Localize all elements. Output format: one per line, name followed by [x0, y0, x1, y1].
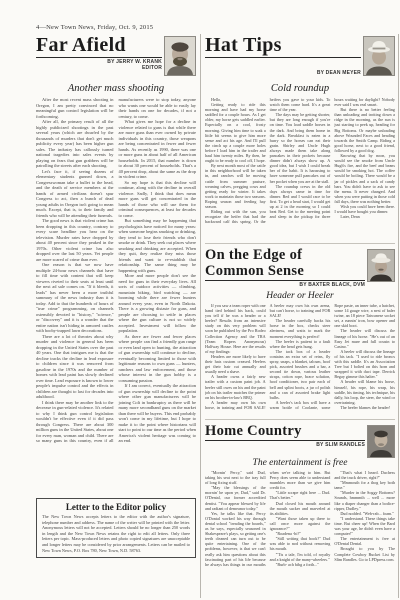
article-paragraph: If you saw a team roper with one hand ti…: [205, 303, 266, 354]
home-country-section: Home Country BY SLIM RANDLES The enterta…: [205, 419, 395, 598]
article-paragraph: The header carefully backs his horse in …: [270, 318, 331, 338]
article-paragraph: The entertainment is free at O'Dental De…: [334, 536, 395, 546]
article-paragraph: If I am correct, eventually the attracti…: [119, 383, 197, 444]
article-paragraph: Later, Dean: [334, 214, 395, 219]
far-afield-headline: Another mass shooting: [36, 83, 196, 94]
common-sense-article-body: If you saw a team roper with one hand ti…: [205, 303, 395, 415]
article-paragraph: So my hope is that this decline will con…: [119, 180, 197, 219]
newspaper-page: 4—New Town News, Friday, Oct. 9, 2015: [0, 0, 400, 600]
article-paragraph: "Mornin' Percy," said Dud, taking his se…: [205, 470, 266, 485]
article-paragraph: Knowing that by noon, you would see the …: [334, 153, 395, 204]
hat-tips-title: Hat Tips: [205, 34, 361, 56]
page-content: 4—New Town News, Friday, Oct. 9, 2015: [36, 24, 394, 598]
slim-randles-photo: [367, 425, 395, 458]
article-paragraph: "'Tis a tale, I'm told, of royalty and a…: [270, 552, 331, 562]
common-sense-masthead: On the Edge of Common Sense BY BAXTER BL…: [205, 247, 395, 288]
article-paragraph: "Want those taken up there to call once …: [270, 516, 331, 531]
article-paragraph: "Mmmouth for a thog key both tame.": [334, 480, 395, 490]
article-paragraph: After the most recent mass shooting in O…: [36, 97, 114, 119]
jerry-krank-photo: [164, 36, 196, 76]
masthead-rule: [36, 57, 162, 58]
far-afield-masthead: Far Afield BY JERRY W. KRANK EDITOR: [36, 34, 196, 78]
author-portrait-icon: [165, 37, 195, 75]
masthead-rule: [205, 440, 365, 441]
article-paragraph: The heeler blames the header!: [334, 405, 395, 410]
letter-policy-body: The New Town News accepts letters to the…: [42, 514, 190, 553]
article-paragraph: As there are fewer and fewer places wher…: [119, 334, 197, 384]
article-paragraph: "Still writing that book?" Dud was able …: [270, 536, 331, 551]
author-portrait-icon: [368, 426, 394, 457]
article-paragraph: A header will blame his horse, himself, …: [334, 379, 395, 404]
article-paragraph: "Murder in the Soggy Bottoms? Sounds, hm…: [334, 490, 395, 510]
article-paragraph: "I understand. These things take time. B…: [334, 516, 395, 536]
hat-tips-headline: Cold roundup: [205, 83, 395, 94]
article-paragraph: Wish you could have been there. I would …: [334, 204, 395, 214]
article-paragraph: More and more people don't see the need …: [119, 273, 197, 334]
common-sense-byline: BY BAXTER BLACK, DVM: [205, 282, 365, 288]
far-afield-byline-role: EDITOR: [36, 65, 162, 71]
home-country-masthead: Home Country BY SLIM RANDLES: [205, 423, 395, 455]
article-paragraph: The heeler is patient to a fault where t…: [270, 339, 331, 349]
hat-tips-byline: BY DEAN MEYER: [205, 70, 361, 76]
article-paragraph: What gives me hope for a decline in viol…: [119, 119, 197, 180]
article-paragraph: But something may be happening that psyc…: [119, 218, 197, 273]
author-portrait-icon: [364, 37, 394, 75]
article-paragraph: "May the blessings of the mornin' be upo…: [205, 485, 266, 510]
masthead-rule: [205, 57, 361, 58]
home-country-title: Home Country: [205, 423, 365, 439]
hat-tips-article-body: Hello,Getting ready to ride this morning…: [205, 97, 395, 239]
letter-policy-title: Letter to the Editor policy: [42, 502, 190, 512]
author-portrait-icon: [368, 250, 394, 281]
masthead-rule: [205, 280, 365, 281]
home-country-headline: The entertainment is free: [205, 458, 395, 468]
article-paragraph: One reason is that we now have multiple …: [36, 262, 114, 334]
common-sense-headline: Header or Heeler: [205, 291, 395, 301]
right-column: Hat Tips BY DEAN MEYER Cold roundup Hell…: [200, 34, 399, 598]
article-paragraph: "Burb- ach bibg a forth...": [270, 562, 331, 567]
baxter-black-photo: [367, 249, 395, 282]
article-paragraph: A heeler will discuss the lineage of his…: [334, 349, 395, 380]
article-paragraph: But there is no better feeling than unlo…: [334, 107, 395, 153]
article-paragraph: After all, the primary result of all the…: [36, 119, 114, 169]
common-sense-title: On the Edge of Common Sense: [205, 247, 365, 279]
article-paragraph: A header owns a fairly new trailer with …: [205, 374, 266, 399]
letter-policy-box: Letter to the Editor policy The New Town…: [36, 498, 196, 558]
far-afield-column: Far Afield BY JERRY W. KRANK EDITOR Anot…: [36, 34, 196, 598]
article-paragraph: The tack box of a header contains an ext…: [270, 349, 331, 400]
dean-meyer-photo: [363, 36, 395, 76]
article-paragraph: By next month most of the cattle in this…: [205, 163, 266, 209]
common-sense-section: On the Edge of Common Sense BY BAXTER BL…: [205, 243, 395, 415]
article-paragraph: The good news is that violent crime has …: [36, 218, 114, 262]
article-paragraph: Dud closed his mouth around the mouth su…: [270, 501, 331, 516]
article-paragraph: Brought to you by The Complete Cowboy Bu…: [334, 546, 395, 561]
article-paragraph: There are a lot of theories about why mu…: [36, 334, 114, 400]
hat-tips-masthead: Hat Tips BY DEAN MEYER: [205, 34, 395, 78]
article-paragraph: The days may be getting shorter, but the…: [270, 112, 331, 183]
article-paragraph: Getting ready to ride this morning and h…: [205, 102, 266, 163]
folio-line: 4—New Town News, Friday, Oct. 9, 2015: [36, 24, 394, 31]
far-afield-title: Far Afield: [36, 34, 162, 56]
article-paragraph: Headers are more likely to have their ha…: [205, 354, 266, 374]
hat-tips-section: Hat Tips BY DEAN MEYER Cold roundup Hell…: [205, 34, 395, 239]
far-afield-article-body: After the most recent mass shooting in O…: [36, 97, 196, 493]
home-country-article-body: "Mornin' Percy," said Dud, taking his se…: [205, 470, 395, 598]
article-paragraph: "That's what I heard. Duchess and the tr…: [334, 470, 395, 480]
article-paragraph: Let's face it, if seeing dozens of eleme…: [36, 169, 114, 219]
home-country-byline: BY SLIM RANDLES: [205, 442, 365, 448]
article-paragraph: The header will discuss the lineage of h…: [334, 328, 395, 348]
article-paragraph: "Little scrape right here ... Dud. That'…: [270, 490, 331, 500]
